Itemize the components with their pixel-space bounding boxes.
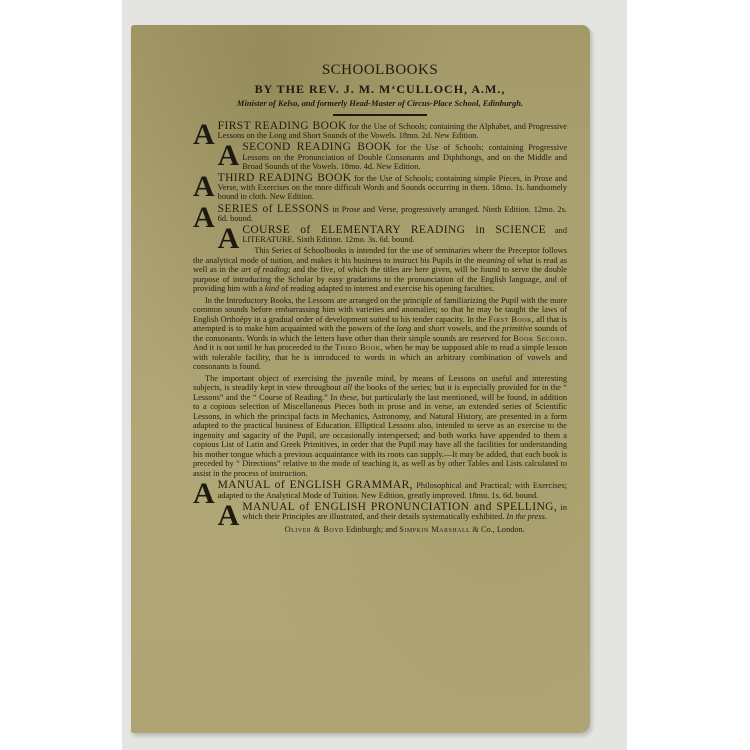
press-note: In the press. — [506, 512, 546, 521]
italic-run: meaning — [477, 256, 506, 265]
italic-run: short — [428, 324, 445, 333]
author-line: BY THE REV. J. M. M‘CULLOCH, A.M., — [193, 81, 567, 97]
small-caps-run: First Book — [489, 315, 532, 324]
book-entry-second-reading: A SECOND READING BOOK for the Use of Sch… — [193, 143, 567, 171]
entry-heading: THIRD READING BOOK — [218, 172, 352, 184]
page-title: SCHOOLBOOKS — [193, 61, 567, 79]
entry-heading: MANUAL of ENGLISH PRONUNCIATION and SPEL… — [242, 501, 557, 513]
book-entry-first-reading: A FIRST READING BOOK for the Use of Scho… — [193, 122, 567, 140]
drop-initial: A — [218, 227, 240, 251]
body-paragraph-1: This Series of Schoolbooks is intended f… — [193, 246, 567, 294]
book-entry-series-of-lessons: A SERIES of LESSONS in Prose and Verse, … — [193, 205, 567, 223]
author-description: Minister of Kelso, and formerly Head-Mas… — [193, 97, 567, 109]
drop-initial: A — [193, 175, 215, 199]
italic-run: these — [340, 393, 357, 402]
book-entry-elementary-reading: A COURSE of ELEMENTARY READING in SCIENC… — [193, 226, 567, 244]
body-paragraph-2: In the Introductory Books, the Lessons a… — [193, 296, 567, 372]
page-content: SCHOOLBOOKS BY THE REV. J. M. M‘CULLOCH,… — [193, 61, 567, 534]
drop-initial: A — [218, 144, 240, 168]
small-caps-run: Third Book — [335, 343, 381, 352]
entry-heading: SERIES of LESSONS — [218, 203, 330, 215]
entry-heading: FIRST READING BOOK — [218, 120, 347, 132]
drop-initial: A — [218, 504, 240, 528]
entry-heading: SECOND READING BOOK — [242, 141, 391, 153]
divider-rule — [333, 114, 427, 116]
book-entry-third-reading: A THIRD READING BOOK for the Use of Scho… — [193, 174, 567, 202]
italic-run: art of reading — [241, 265, 288, 274]
text-run: Edinburgh; and — [344, 525, 399, 534]
italic-run: long — [397, 324, 412, 333]
text-run: & Co., London. — [470, 525, 524, 534]
printed-page: SCHOOLBOOKS BY THE REV. J. M. M‘CULLOCH,… — [131, 25, 590, 733]
text-run: and — [411, 324, 428, 333]
italic-run: kind — [265, 284, 279, 293]
book-entry-english-pronunciation: A MANUAL of ENGLISH PRONUNCIATION and SP… — [193, 503, 567, 521]
book-entry-english-grammar: A MANUAL of ENGLISH GRAMMAR, Philosophic… — [193, 481, 567, 499]
italic-run: primitive — [502, 324, 532, 333]
text-run: of reading adapted to interest and exerc… — [279, 284, 494, 293]
italic-run: all — [343, 383, 352, 392]
text-run: vowels, and the — [445, 324, 502, 333]
small-caps-run: Book Second — [513, 334, 565, 343]
entry-heading: MANUAL of ENGLISH GRAMMAR, — [218, 479, 413, 491]
publisher-name: Oliver & Boyd — [285, 525, 344, 534]
text-run: , but particularly the last mentioned, w… — [193, 393, 567, 478]
entry-heading: COURSE of ELEMENTARY READING in SCIENCE — [242, 224, 546, 236]
body-paragraph-3: The important object of exercising the j… — [193, 374, 567, 479]
publisher-imprint: Oliver & Boyd Edinburgh; and Simpkin Mar… — [193, 525, 567, 534]
publisher-name: Simpkin Marshall — [399, 525, 470, 534]
